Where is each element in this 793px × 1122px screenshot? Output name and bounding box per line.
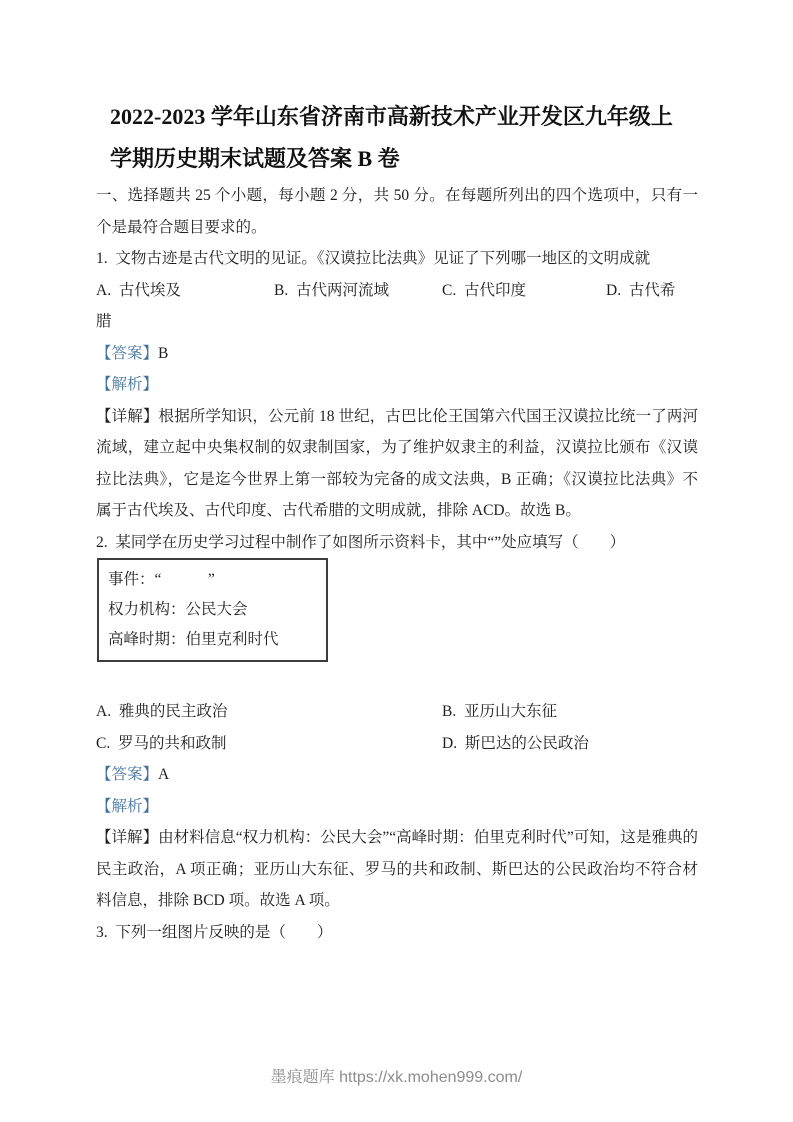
question-2-option-a: A. 雅典的民主政治 — [96, 696, 442, 728]
question-3-stem: 3. 下列一组图片反映的是（ ） — [96, 917, 698, 949]
question-1-option-d: D. 古代希 — [606, 275, 675, 307]
page-title-line-2: 学期历史期末试题及答案 B 卷 — [110, 138, 698, 180]
watermark-footer: 墨痕题库 https://xk.mohen999.com/ — [0, 1064, 793, 1087]
question-2-option-d: D. 斯巴达的公民政治 — [442, 728, 589, 760]
question-1-answer-line: 【答案】B — [96, 338, 698, 370]
question-1-answer-value: B — [158, 345, 168, 362]
question-1-option-b: B. 古代两河流域 — [274, 275, 442, 307]
question-2-analysis-label: 【解析】 — [96, 791, 698, 823]
card-line-peak: 高峰时期：伯里克利时代 — [108, 625, 320, 655]
question-1-options: A. 古代埃及 B. 古代两河流域 C. 古代印度 D. 古代希 — [96, 275, 698, 307]
page-title: 2022-2023 学年山东省济南市高新技术产业开发区九年级上 学期历史期末试题… — [110, 96, 698, 180]
question-2-options-row-2: C. 罗马的共和政制 D. 斯巴达的公民政治 — [96, 728, 698, 760]
question-1-option-c: C. 古代印度 — [442, 275, 606, 307]
question-1-detail: 【详解】根据所学知识，公元前 18 世纪，古巴比伦王国第六代国王汉谟拉比统一了两… — [96, 401, 698, 527]
question-2-source-card: 事件：“ ” 权力机构：公民大会 高峰时期：伯里克利时代 — [97, 558, 328, 662]
question-2-options-row-1: A. 雅典的民主政治 B. 亚历山大东征 — [96, 696, 698, 728]
question-2-stem: 2. 某同学在历史学习过程中制作了如图所示资料卡，其中“”处应填写（ ） — [96, 527, 698, 559]
question-2-answer-value: A — [158, 766, 169, 783]
card-line-authority: 权力机构：公民大会 — [108, 595, 320, 625]
answer-label: 【答案】 — [96, 345, 158, 362]
answer-label: 【答案】 — [96, 766, 158, 783]
card-line-event: 事件：“ ” — [108, 565, 320, 595]
question-1-analysis-label: 【解析】 — [96, 369, 698, 401]
question-1-option-d-wrap: 腊 — [96, 306, 698, 338]
exam-document-page: 2022-2023 学年山东省济南市高新技术产业开发区九年级上 学期历史期末试题… — [0, 0, 793, 1122]
question-2-option-b: B. 亚历山大东征 — [442, 696, 557, 728]
question-1-option-a: A. 古代埃及 — [96, 275, 274, 307]
question-1-stem: 1. 文物古迹是古代文明的见证。《汉谟拉比法典》见证了下列哪一地区的文明成就 — [96, 243, 698, 275]
question-2-detail: 【详解】由材料信息“权力机构：公民大会”“高峰时期：伯里克利时代”可知，这是雅典… — [96, 822, 698, 917]
question-2-answer-line: 【答案】A — [96, 759, 698, 791]
page-title-line-1: 2022-2023 学年山东省济南市高新技术产业开发区九年级上 — [110, 96, 698, 138]
question-2-option-c: C. 罗马的共和政制 — [96, 728, 442, 760]
section-intro: 一、选择题共 25 个小题，每小题 2 分，共 50 分。在每题所列出的四个选项… — [96, 180, 698, 243]
